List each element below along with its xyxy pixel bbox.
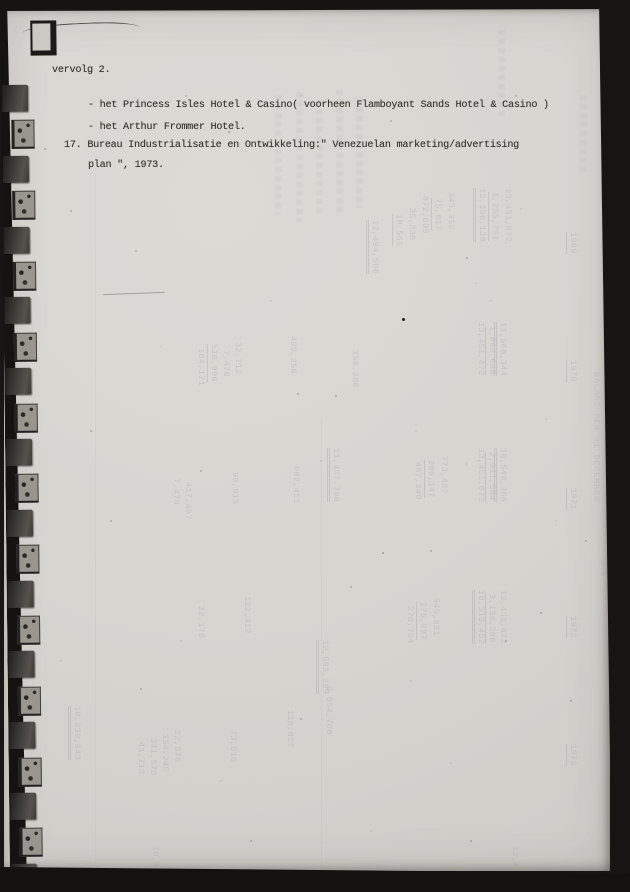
binding-tooth: [10, 793, 36, 820]
binding-tooth: [9, 722, 35, 749]
bleedthrough-text: 10,330,643: [68, 706, 82, 760]
bleedthrough-text: 1971: [566, 488, 578, 510]
binding-hole: [14, 332, 37, 361]
bleedthrough-text: 12,4: [509, 846, 520, 868]
bleedthrough-text: 1,255,751: [488, 192, 500, 241]
bleedthrough-text: 972,695: [419, 196, 430, 234]
bleedthrough-text: 122,313: [241, 596, 252, 634]
bleedthrough-text: 184,171: [195, 348, 206, 386]
binding-hole: [15, 403, 38, 432]
binding-hole: [13, 262, 36, 291]
ink-speck: [402, 318, 405, 321]
bleedthrough-text: 1972: [566, 616, 578, 638]
bleedthrough-text: 1973: [566, 744, 578, 766]
binding-tooth: [5, 368, 31, 395]
bleedthrough-text: 439,256: [287, 336, 298, 374]
binding-tooth: [2, 85, 28, 112]
binding-hole: [11, 120, 34, 149]
numbered-item-17-line2: plan ", 1973.: [88, 159, 164, 172]
bleedthrough-text: 341,573: [147, 738, 158, 776]
scanned-page: 13,451,8721,255,75112,196,130345,31275,6…: [0, 0, 630, 892]
bleedthrough-text: 1970: [566, 360, 578, 382]
bleedthrough-text: 345,312: [445, 192, 456, 230]
bleedthrough-smudge: [580, 95, 587, 175]
bleedthrough-text: 12,196,130: [473, 188, 487, 242]
bleedthrough-text: 206,147: [424, 460, 436, 498]
binding-tooth: [8, 580, 34, 607]
bleedthrough-text: BALANS PER 31 DECEMBER: [590, 372, 601, 502]
binding-hole: [16, 545, 39, 574]
bleedthrough-text: 7,470: [170, 478, 181, 505]
list-item-princess-isles: - het Princess Isles Hotel & Casino( voo…: [88, 99, 549, 112]
binding-hole: [19, 757, 42, 786]
binding-hole: [17, 616, 40, 645]
bleedthrough-smudge: [275, 95, 282, 215]
binding-hole: [15, 474, 38, 503]
bleedthrough-rule: [95, 175, 96, 862]
binding-tooth: [4, 226, 30, 253]
bleedthrough-text: 41,713: [135, 742, 146, 774]
bleedthrough-text: 12,494,506: [366, 220, 380, 274]
bleedthrough-text: 75,617: [431, 198, 443, 230]
binding-hole: [18, 686, 41, 715]
bleedthrough-text: 3,130,300: [485, 594, 497, 643]
bleedthrough-text: 35,330: [406, 208, 417, 240]
bleedthrough-text: 22,175: [195, 606, 206, 638]
bleedthrough-text: 10,540,368: [494, 448, 508, 502]
bleedthrough-text: 10,313,452: [472, 590, 486, 644]
bleedthrough-text: 270,794: [404, 606, 415, 644]
bleedthrough-text: 1969: [566, 232, 578, 254]
bleedthrough-text: 545,831: [430, 598, 441, 636]
binding-tooth: [7, 509, 33, 536]
bleedthrough-text: 7,470: [220, 350, 231, 377]
bleedthrough-text: 773,487: [438, 456, 449, 494]
bleedthrough-text: 467,340: [412, 462, 423, 500]
bleedthrough-text: 118,027: [284, 710, 295, 748]
bleedthrough-text: 10,561: [392, 214, 404, 246]
binding-tooth: [6, 439, 32, 466]
bleedthrough-rule: [321, 420, 322, 868]
bleedthrough-text: 516,896: [207, 344, 219, 382]
bleedthrough-text: 32,712: [232, 342, 243, 374]
binding-tooth: [3, 155, 29, 182]
bleedthrough-text: N.V.: [597, 560, 608, 584]
binding-hole: [19, 828, 42, 857]
bleedthrough-text: 22,378: [171, 730, 182, 762]
bleedthrough-text: 275,037: [416, 602, 428, 640]
bleedthrough-text: 11,560,344: [494, 322, 508, 376]
numbered-item-17-line1: 17. Bureau Industrialisatie en Ontwikkel…: [64, 139, 519, 152]
binding-tooth: [4, 297, 30, 324]
bleedthrough-text: 13,451,872: [502, 188, 513, 242]
continuation-label: vervolg 2.: [52, 64, 110, 77]
bleedthrough-text: 73,510: [227, 730, 238, 762]
bleedthrough-text: 692,451: [290, 466, 301, 504]
list-item-arthur-frommer: - het Arthur Frommer Hotel.: [88, 121, 246, 134]
bleedthrough-smudge: [316, 100, 323, 215]
bleedthrough-text: 11,407,708: [327, 448, 341, 502]
binding-hole: [12, 191, 35, 220]
bleedthrough-text: 99,915: [229, 472, 240, 504]
bleedthrough-text: 9,854,708: [323, 686, 334, 735]
bleedthrough-text: 417,487: [182, 482, 193, 520]
bleedthrough-text: 156,208: [349, 350, 360, 388]
bleedthrough-smudge: [356, 98, 363, 208]
bleedthrough-text: 154,245: [159, 734, 170, 772]
binding-hole: [30, 20, 56, 55]
bleedthrough-text: 13,451,872: [497, 590, 508, 644]
binding-tooth: [8, 651, 34, 678]
